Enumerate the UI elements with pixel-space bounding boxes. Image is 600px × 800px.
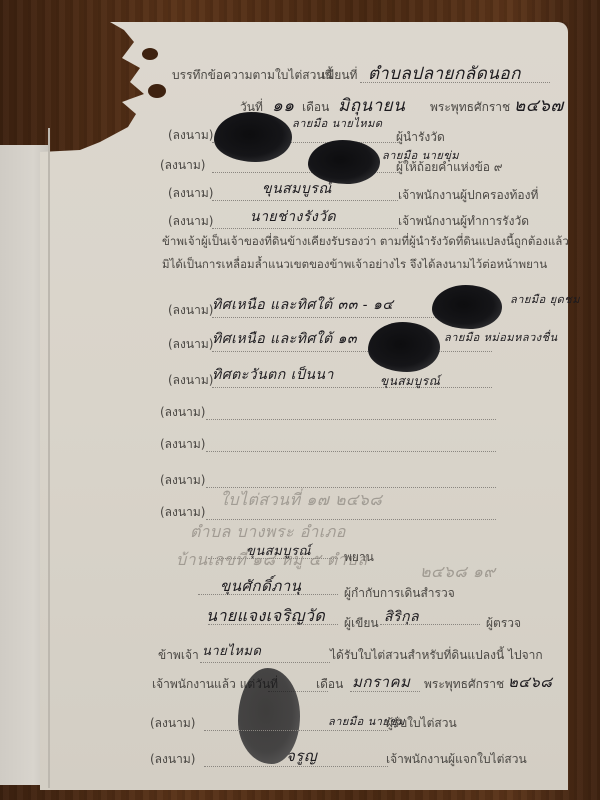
- sign-label: (ลงนาม): [168, 335, 213, 354]
- distributor-signature: จรูญ: [286, 744, 317, 768]
- thumbprint-annotation: ลายมือ ยุดชม: [510, 290, 580, 308]
- sign-label: (ลงนาม): [168, 212, 213, 231]
- sign-label: (ลงนาม): [168, 301, 213, 320]
- receiver-role: ผู้รับใบไต่สวน: [386, 714, 457, 733]
- certification-text: มิได้เป็นการเหลื่อมล้ำแนวเขตของข้าพเจ้าอ…: [162, 256, 547, 274]
- official-role: เจ้าพนักงานผู้ปกครองท้องที่: [398, 186, 538, 205]
- witness-role: พยาน: [344, 548, 374, 567]
- distributor-role: เจ้าพนักงานผู้แจกใบไต่สวน: [386, 750, 527, 769]
- year-label: พระพุทธศักราช: [430, 98, 510, 117]
- sign-label: (ลงนาม): [168, 371, 213, 390]
- witness-signature: ขุนสมบูรณ์: [246, 540, 311, 561]
- sign-label: (ลงนาม): [168, 126, 213, 145]
- official-role: เจ้าพนักงานผู้ทำการรังวัด: [398, 212, 529, 231]
- written-at-value: ตำบลปลายกลัดนอก: [368, 60, 521, 87]
- receipt-prefix: ข้าพเจ้า: [158, 646, 199, 665]
- thumbprint: [368, 322, 440, 372]
- record-label: บรรทึกข้อความตามใบไต่สวนนี้: [172, 66, 333, 85]
- neighbor-signature: ทิศเหนือ และทิศใต้ ๓๓ - ๑๔: [212, 294, 393, 316]
- certification-text: ข้าพเจ้าผู้เป็นเจ้าของที่ดินข้างเคียงรับ…: [162, 233, 569, 251]
- neighbor-signature: ทิศเหนือ และทิศใต้ ๑๓: [212, 328, 357, 350]
- official-signature: ขุนสมบูรณ์: [262, 178, 332, 200]
- neighbor-signature: ทิศตะวันตก เป็นนา: [212, 364, 334, 386]
- written-at-label: เขียนที่: [322, 66, 357, 85]
- checker-role: ผู้ตรวจ: [486, 614, 521, 633]
- receipt-name: นายไหมด: [202, 640, 261, 661]
- writer-signature: นายแจงเจริญวัด: [206, 604, 325, 629]
- receipt-text: ได้รับใบไต่สวนสำหรับที่ดินแปลงนี้ ไปจาก: [330, 646, 543, 665]
- official-role: ผู้นำรังวัด: [396, 128, 445, 147]
- surveyor-chief-signature: ขุนศักดิ์ภานุ: [220, 574, 301, 598]
- surveyor-chief-role: ผู้กำกับการเดินสำรวจ: [344, 584, 455, 603]
- sign-label: (ลงนาม): [160, 471, 205, 490]
- sign-label: (ลงนาม): [160, 156, 205, 175]
- thumbprint-annotation: ลายมือ หม่อมหลวงชื่น: [444, 328, 558, 346]
- form-content: บรรทึกข้อความตามใบไต่สวนนี้ เขียนที่ ตำบ…: [0, 0, 600, 800]
- receipt-year-label: พระพุทธศักราช: [424, 675, 504, 694]
- writer-role: ผู้เขียน: [344, 614, 379, 633]
- sign-label: (ลงนาม): [168, 184, 213, 203]
- official-signature: นายช่างรังวัด: [250, 206, 336, 228]
- checker-signature: สิริกุล: [384, 606, 419, 628]
- sign-label: (ลงนาม): [160, 435, 205, 454]
- sign-label: (ลงนาม): [160, 403, 205, 422]
- neighbor-annotation: ขุนสมบูรณ์: [380, 372, 440, 391]
- sign-label: (ลงนาม): [150, 750, 195, 769]
- thumbprint-annotation: ลายมือ นายไหมด: [292, 114, 383, 132]
- receipt-month-label: เดือน: [316, 675, 343, 694]
- sign-label: (ลงนาม): [150, 714, 195, 733]
- thumbprint-annotation: ลายมือ นายขุ่ม: [382, 146, 459, 164]
- year-value: ๒๔๖๗: [514, 92, 564, 119]
- thumbprint: [432, 285, 502, 329]
- receipt-year: ๒๔๖๘: [508, 670, 552, 694]
- receipt-month: มกราคม: [352, 670, 410, 694]
- thumbprint: [214, 112, 292, 162]
